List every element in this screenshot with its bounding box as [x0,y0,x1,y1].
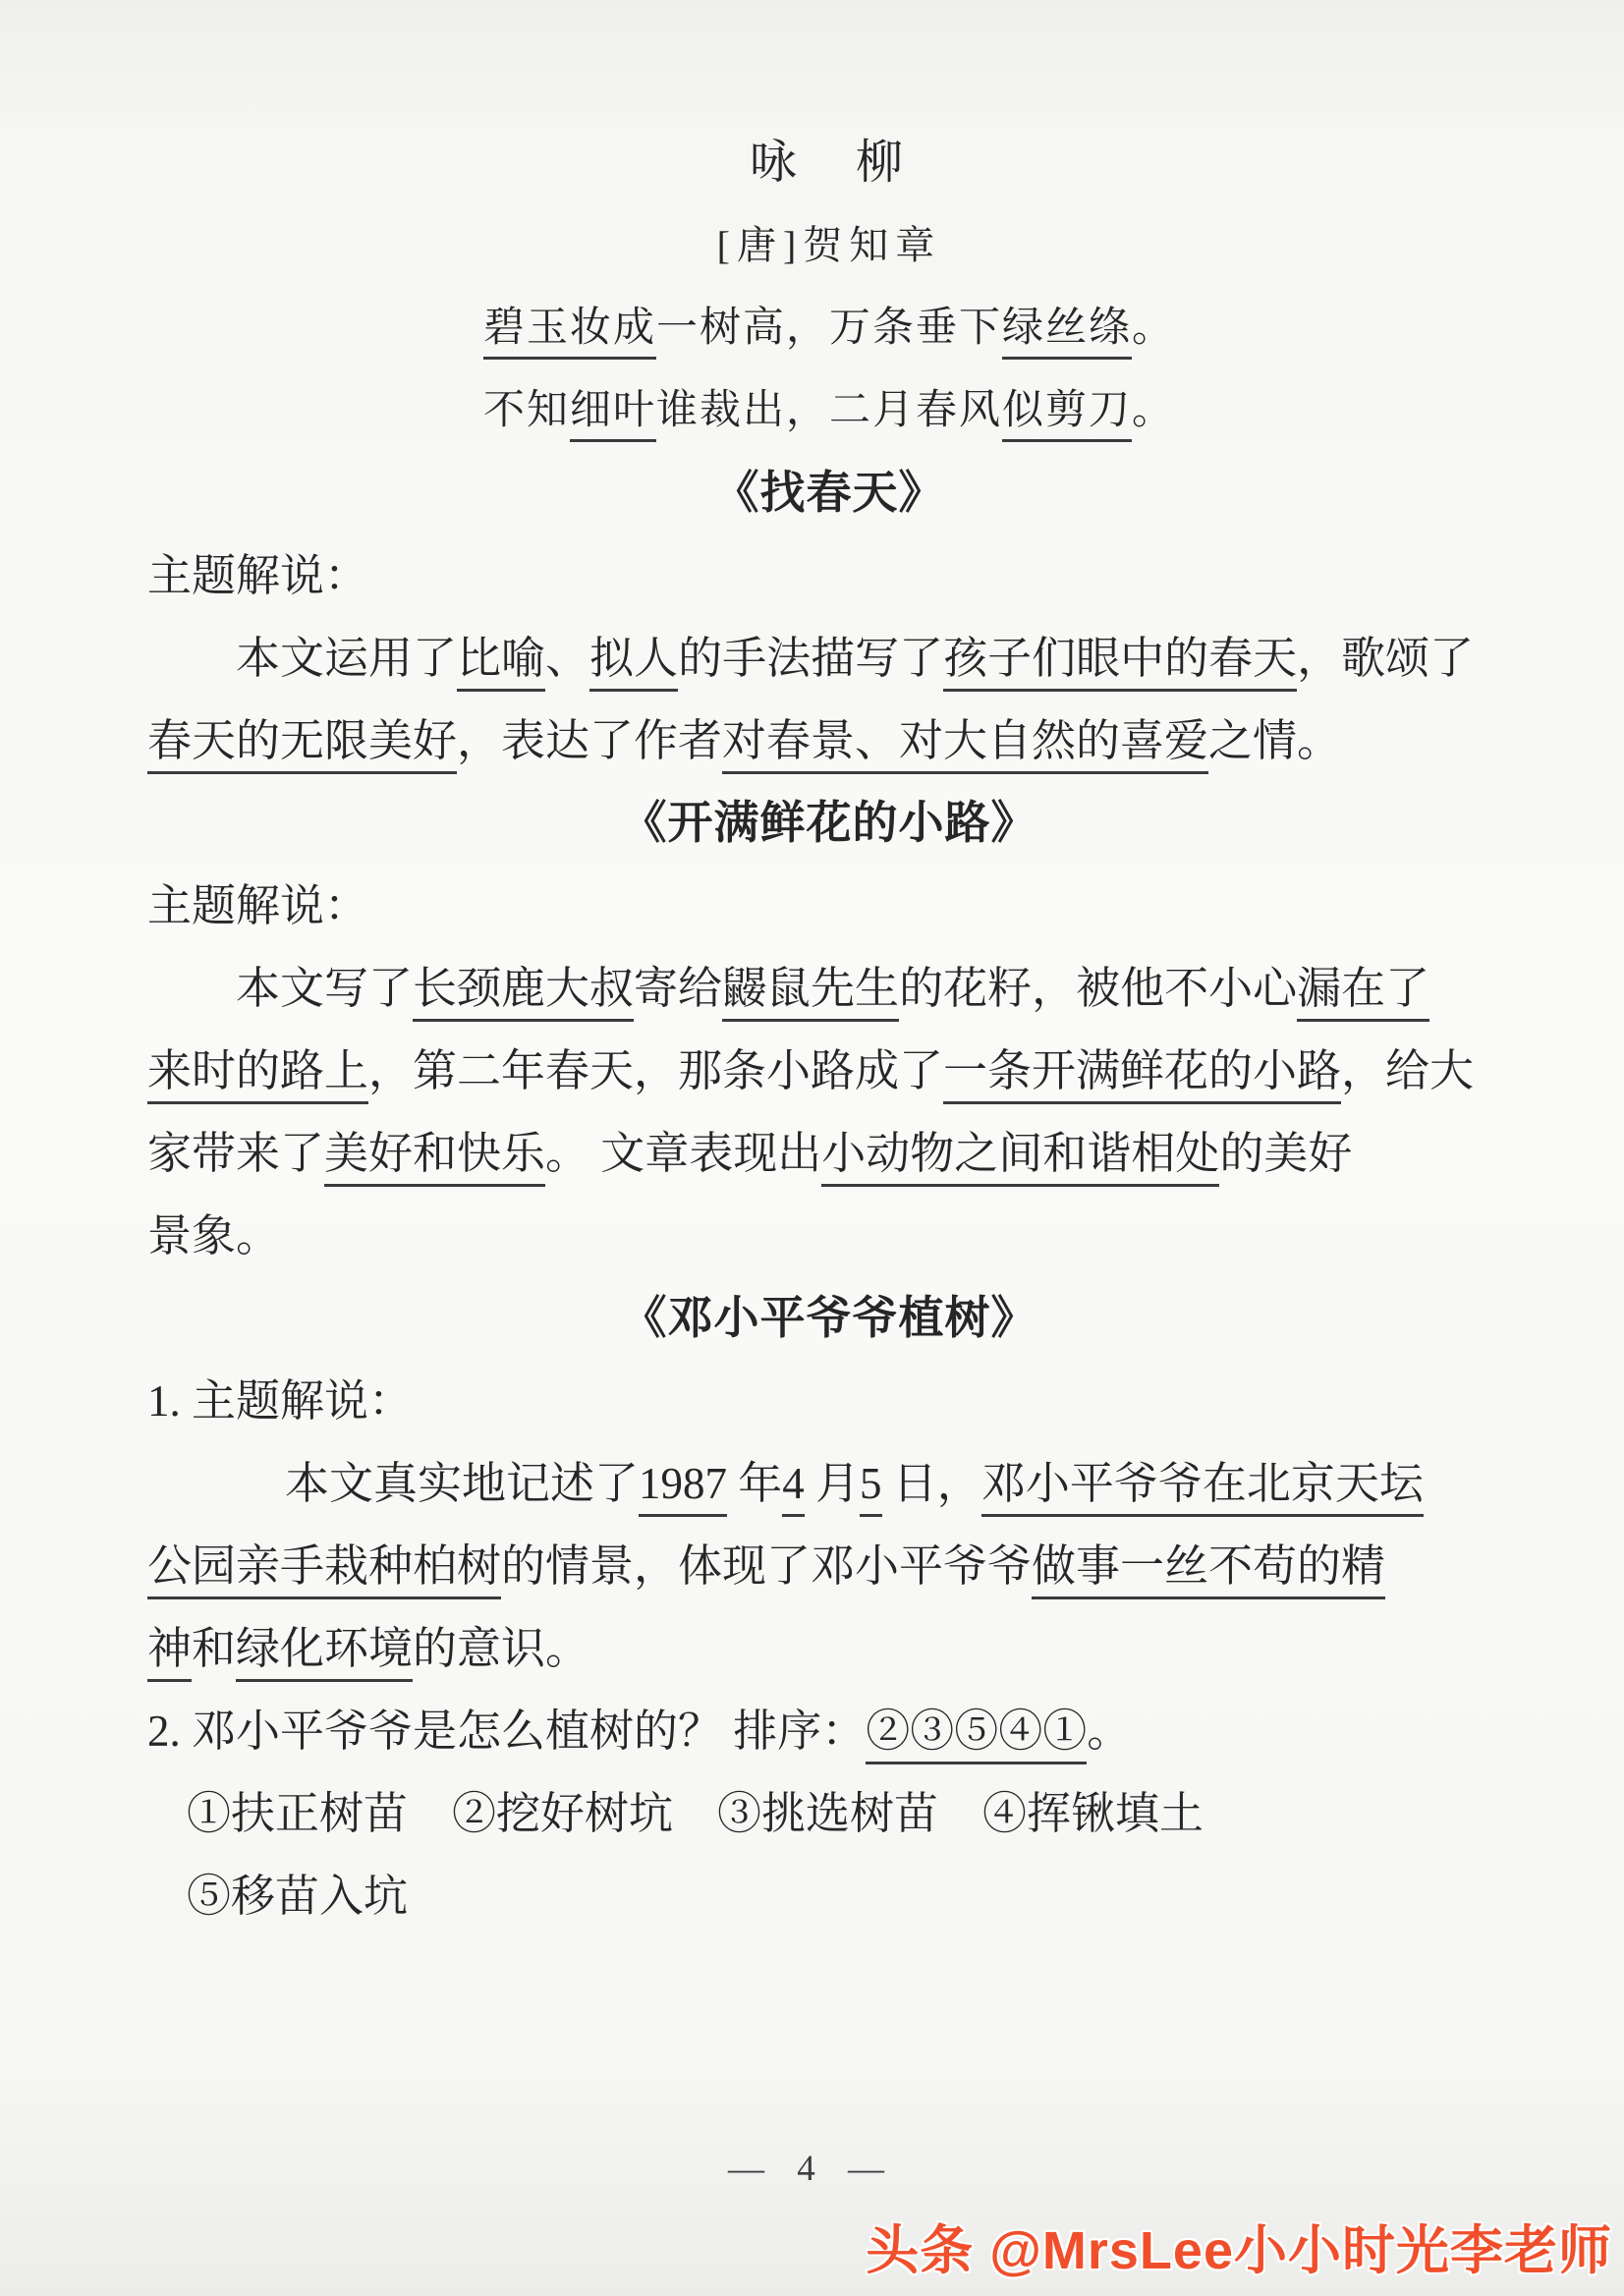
text-segment: 。 [1132,388,1175,433]
label-theme-explanation-2: 主题解说： [147,865,1511,947]
text-segment: 不知 [483,388,570,433]
underlined-text: 长颈鹿大叔 [413,964,634,1022]
text-segment: 本文运用了 [236,634,457,683]
paragraph-1-line-1: 本文运用了比喻、拟人的手法描写了孩子们眼中的春天，歌颂了 [147,617,1511,700]
paragraph-3-line-1: 本文真实地记述了1987 年4 月5 日，邓小平爷爷在北京天坛 [147,1442,1511,1525]
text-segment: 《开满鲜花的小路》 [622,798,1037,848]
paragraph-2-line-3: 家带来了美好和快乐。 文章表现出小动物之间和谐相处的美好 [147,1112,1511,1195]
text-segment: 《找春天》 [714,468,945,518]
text-segment: 之情。 [1208,716,1341,765]
text-segment: 主题解说： [147,551,368,600]
text-segment: ⑤移苗入坑 [187,1872,408,1921]
text-segment: 年 [727,1459,782,1508]
text-segment: 。 文章表现出 [545,1129,821,1178]
text-segment: [唐]贺知章 [717,223,942,267]
underlined-text: 春天的无限美好 [147,716,457,774]
question-2-ordering: 2. 邓小平爷爷是怎么植树的？ 排序：②③⑤④①。 [147,1690,1511,1772]
paragraph-2-line-4: 景象。 [147,1195,1511,1277]
text-segment: 家带来了 [147,1129,324,1178]
watermark-toutiao-author: 头条 @MrsLee小小时光李老师 [866,2216,1612,2285]
underlined-text: 比喻 [457,634,545,692]
text-segment: 本文写了 [236,964,413,1013]
underlined-text: 鼹鼠先生 [722,964,899,1022]
underlined-text: 一条开满鲜花的小路 [943,1046,1341,1104]
underlined-text: 拟人 [589,634,678,692]
section-title-zhaochuntian: 《找春天》 [147,452,1511,534]
label-theme-explanation-1: 主题解说： [147,534,1511,617]
underlined-text: 1987 [639,1459,727,1517]
paragraph-3-line-2: 公园亲手栽种柏树的情景，体现了邓小平爷爷做事一丝不苟的精 [147,1525,1511,1607]
text-segment: ，第二年春天，那条小路成了 [368,1046,943,1095]
text-segment: 的情景，体现了邓小平爷爷 [501,1541,1032,1591]
underlined-text: 邓小平爷爷在北京天坛 [981,1459,1424,1517]
text-segment: ，给大 [1341,1046,1474,1095]
text-segment: 的美好 [1219,1129,1352,1178]
text-segment: 《邓小平爷爷植树》 [622,1293,1037,1343]
text-segment: 和 [192,1624,236,1673]
text-segment: ，歌颂了 [1297,634,1474,683]
underlined-text: 做事一丝不苟的精 [1032,1541,1385,1599]
label-theme-explanation-3: 1. 主题解说： [147,1360,1511,1442]
underlined-text: 神 [147,1624,192,1682]
underlined-text: 细叶 [570,388,656,442]
underlined-text: 来时的路上 [147,1046,368,1104]
paragraph-1-line-2: 春天的无限美好，表达了作者对春景、对大自然的喜爱之情。 [147,700,1511,782]
poem-line-2: 不知细叶谁裁出，二月春风似剪刀。 [147,369,1511,452]
section-title-dengxiaoping: 《邓小平爷爷植树》 [147,1277,1511,1360]
text-segment: 的手法描写了 [678,634,943,683]
underlined-text: 5 [860,1459,882,1517]
underlined-text: 孩子们眼中的春天 [943,634,1297,692]
ordering-options-row-2: ⑤移苗入坑 [147,1855,1511,1937]
document-body: 咏 柳[唐]贺知章碧玉妆成一树高，万条垂下绿丝绦。不知细叶谁裁出，二月春风似剪刀… [147,122,1511,1937]
paragraph-2-line-1: 本文写了长颈鹿大叔寄给鼹鼠先生的花籽，被他不小心漏在了 [147,947,1511,1030]
text-segment: 本文真实地记述了 [285,1459,639,1508]
paragraph-2-line-2: 来时的路上，第二年春天，那条小路成了一条开满鲜花的小路，给大 [147,1030,1511,1112]
underlined-text: 4 [782,1459,805,1517]
underlined-text: 似剪刀 [1002,388,1132,442]
text-segment: 。 [1087,1707,1131,1756]
section-title-kaimanxianhua: 《开满鲜花的小路》 [147,782,1511,865]
text-segment: ，表达了作者 [457,716,722,765]
underlined-text: 对春景、对大自然的喜爱 [722,716,1208,774]
text-segment: 1. 主题解说： [147,1376,413,1426]
ordering-options-row-1: ①扶正树苗 ②挖好树坑 ③挑选树苗 ④挥锹填土 [147,1772,1511,1855]
paragraph-3-line-3: 神和绿化环境的意识。 [147,1607,1511,1690]
underlined-text: 小动物之间和谐相处 [821,1129,1219,1187]
text-segment: ①扶正树苗 ②挖好树坑 ③挑选树苗 ④挥锹填土 [187,1789,1204,1838]
underlined-text: 绿化环境 [236,1624,413,1682]
text-segment: 主题解说： [147,881,368,930]
underlined-text: 美好和快乐 [324,1129,545,1187]
underlined-text: 绿丝绦 [1002,306,1132,360]
page-number: — 4 — [0,2140,1624,2199]
text-segment: 2. 邓小平爷爷是怎么植树的？ 排序： [147,1707,866,1756]
text-segment: 、 [545,634,589,683]
poem-title: 咏 柳 [147,122,1511,204]
poem-line-1: 碧玉妆成一树高，万条垂下绿丝绦。 [147,287,1511,369]
text-segment: 谁裁出，二月春风 [656,388,1002,433]
scanned-document-page: { "colors": { "ink": "#262626", "underli… [0,0,1624,2296]
text-segment: 景象。 [147,1211,280,1260]
underlined-text: ②③⑤④① [866,1707,1087,1764]
text-segment: 咏 柳 [750,137,909,189]
text-segment: 的意识。 [413,1624,589,1673]
text-segment: 日， [882,1459,981,1508]
text-segment: 的花籽，被他不小心 [899,964,1297,1013]
text-segment: 月 [805,1459,860,1508]
text-segment: 一树高，万条垂下 [656,306,1002,351]
text-segment: 寄给 [634,964,722,1013]
underlined-text: 碧玉妆成 [483,306,656,360]
underlined-text: 漏在了 [1297,964,1429,1022]
text-segment: 。 [1132,306,1175,351]
underlined-text: 公园亲手栽种柏树 [147,1541,501,1599]
poem-author: [唐]贺知章 [147,204,1511,287]
